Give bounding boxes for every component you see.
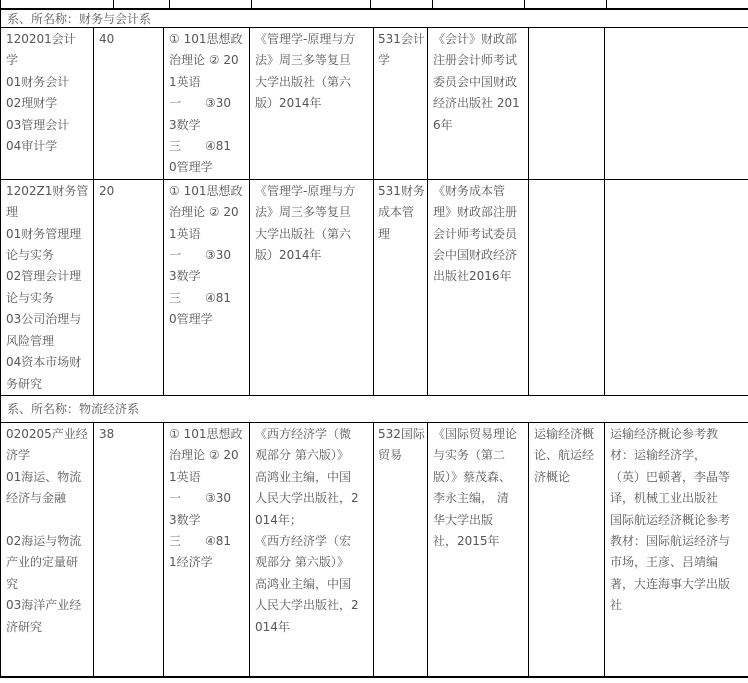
department-section-row: 系、所名称：财务与会计系 bbox=[1, 10, 748, 28]
cell-retest-references: 《国际贸易理论 与实务（第二 版）》蔡茂森、 李永主编， 清 华大学出版 社，2… bbox=[428, 422, 529, 677]
cell-planned-enrollment: 40 bbox=[94, 28, 164, 180]
cell-planned-enrollment: 38 bbox=[94, 422, 164, 677]
department-section-header: 系、所名称：财务与会计系 bbox=[1, 10, 748, 28]
cell-supplementary-subjects: 运输经济概 论、航运经 济概论 bbox=[529, 422, 605, 677]
cell-empty bbox=[114, 0, 170, 9]
cell-retest-subject: 531会计 学 bbox=[374, 28, 428, 180]
cell-program-code-and-directions: 120201会计 学 01财务会计 02理财学 03管理会计 04审计学 bbox=[1, 28, 94, 180]
cell-program-code-and-directions: 020205产业经 济学 01海运、物流 经济与金融 02海运与物流 产业的定量… bbox=[1, 422, 94, 677]
program-row: 120201会计 学 01财务会计 02理财学 03管理会计 04审计学 40 … bbox=[1, 28, 748, 180]
cell-supplementary-references bbox=[605, 179, 748, 395]
cell-empty bbox=[525, 0, 607, 9]
cell-initial-exam-subjects: ① 101思想政 治理论 ② 20 1英语 一 ③30 3数学 三 ④81 1经… bbox=[164, 422, 250, 677]
cell-initial-exam-references: 《管理学-原理与方 法》周三多等复旦 大学出版社（第六 版）2014年 bbox=[250, 28, 374, 180]
cell-supplementary-subjects bbox=[529, 179, 605, 395]
cell-supplementary-references: 运输经济概论参考教 材：运输经济学， （英）巴顿著，李晶等 译，机械工业出版社 … bbox=[605, 422, 748, 677]
cell-empty bbox=[371, 0, 433, 9]
cell-retest-subject: 531财务 成本管 理 bbox=[374, 179, 428, 395]
cell-supplementary-references bbox=[605, 28, 748, 180]
cell-initial-exam-subjects: ① 101思想政 治理论 ② 20 1英语 一 ③30 3数学 三 ④81 0管… bbox=[164, 179, 250, 395]
majors-catalog-table: 系、所名称：财务与会计系 120201会计 学 01财务会计 02理财学 03管… bbox=[0, 9, 748, 678]
cell-initial-exam-references: 《管理学-原理与方 法》周三多等复旦 大学出版社（第六 版）2014年 bbox=[250, 179, 374, 395]
cell-program-code-and-directions: 1202Z1财务管 理 01财务管理理 论与实务 02管理会计理 论与实务 03… bbox=[1, 179, 94, 395]
cell-initial-exam-subjects: ① 101思想政 治理论 ② 20 1英语 一 ③30 3数学 三 ④81 0管… bbox=[164, 28, 250, 180]
department-section-row: 系、所名称：物流经济系 bbox=[1, 395, 748, 422]
cell-empty bbox=[1, 0, 114, 9]
program-row: 020205产业经 济学 01海运、物流 经济与金融 02海运与物流 产业的定量… bbox=[1, 422, 748, 677]
cell-initial-exam-references: 《西方经济学（微 观部分 第六版）》 高鸿业主编，中国 人民大学出版社，2 01… bbox=[250, 422, 374, 677]
admissions-catalog-page: 系、所名称：财务与会计系 120201会计 学 01财务会计 02理财学 03管… bbox=[0, 0, 748, 683]
partial-row bbox=[1, 0, 748, 9]
cell-retest-references: 《会计》财政部 注册会计师考试 委员会中国财政 经济出版社 201 6年 bbox=[428, 28, 529, 180]
cell-empty bbox=[433, 0, 525, 9]
cell-supplementary-subjects bbox=[529, 28, 605, 180]
cell-empty bbox=[170, 0, 252, 9]
previous-table-partial-row bbox=[0, 0, 748, 9]
cell-retest-references: 《财务成本管 理》财政部注册 会计师考试委员 会中国财政经济 出版社2016年 bbox=[428, 179, 529, 395]
cell-empty bbox=[607, 0, 748, 9]
cell-retest-subject: 532国际 贸易 bbox=[374, 422, 428, 677]
department-section-header: 系、所名称：物流经济系 bbox=[1, 395, 748, 422]
cell-planned-enrollment: 20 bbox=[94, 179, 164, 395]
cell-empty bbox=[252, 0, 371, 9]
program-row: 1202Z1财务管 理 01财务管理理 论与实务 02管理会计理 论与实务 03… bbox=[1, 179, 748, 395]
